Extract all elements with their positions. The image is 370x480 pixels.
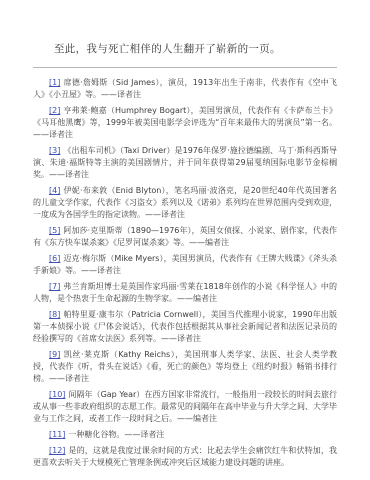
footnote-ref-link[interactable]: [6] — [49, 254, 60, 263]
footnote-ref-link[interactable]: [9] — [49, 350, 60, 359]
footnote-ref-link[interactable]: [10] — [49, 390, 65, 399]
footnote-ref-link[interactable]: [5] — [49, 226, 60, 235]
footnote-divider — [33, 67, 337, 68]
footnote-ref-link[interactable]: [11] — [49, 430, 65, 439]
closing-paragraph: 至此，我与死亡相伴的人生翻开了崭新的一页。 — [33, 42, 337, 58]
footnote: [4]伊妮·布来敦（Enid Blyton），笔名玛丽·波洛克，是20世纪40年… — [33, 185, 337, 221]
footnote: [11]一种糖化谷物。——译者注 — [33, 429, 337, 441]
footnote-ref-link[interactable]: [2] — [49, 106, 60, 115]
footnote-ref-link[interactable]: [1] — [49, 78, 60, 87]
footnote: [10]间隔年（Gap Year）在西方国家非常流行，一般指用一段较长的时间去旅… — [33, 389, 337, 425]
footnote: [12]是的，这就是我度过课余时间的方式：比起去学生会痛饮红牛和伏特加，我更喜欢… — [33, 445, 337, 469]
footnote-text: 弗兰肯斯坦博士是英国作家玛丽·雪莱在1818年创作的小说《科学怪人》中的人物，是… — [33, 282, 337, 303]
footnote-text: 间隔年（Gap Year）在西方国家非常流行，一般指用一段较长的时间去旅行或从事… — [33, 390, 337, 423]
footnote-text: 阿加莎·克里斯蒂（1890—1976年），英国女侦探、小说家、剧作家，代表作有《… — [33, 226, 337, 247]
footnote-ref-link[interactable]: [3] — [49, 146, 60, 155]
footnote: [5]阿加莎·克里斯蒂（1890—1976年），英国女侦探、小说家、剧作家，代表… — [33, 225, 337, 249]
footnote: [3]《出租车司机》（Taxi Driver）是1976年保罗·施拉德编剧、马丁… — [33, 145, 337, 181]
footnote: [6]迈克·梅尔斯（Mike Myers），美国男演员，代表作有《王牌大贱谍》《… — [33, 253, 337, 277]
footnote-ref-link[interactable]: [4] — [49, 186, 60, 195]
footnote-text: 伊妮·布来敦（Enid Blyton），笔名玛丽·波洛克，是20世纪40年代英国… — [33, 186, 337, 219]
footnote-text: 帕特里夏·康韦尔（Patricia Cornwell），美国当代推理小说家，19… — [33, 310, 337, 343]
footnote: [7]弗兰肯斯坦博士是英国作家玛丽·雪莱在1818年创作的小说《科学怪人》中的人… — [33, 281, 337, 305]
footnote-text: 亨弗莱·鲍嘉（Humphrey Bogart），美国男演员，代表作有《卡萨布兰卡… — [33, 106, 337, 139]
footnote-ref-link[interactable]: [7] — [49, 282, 60, 291]
footnote: [9]凯丝·莱克斯（Kathy Reichs），美国刑事人类学家、法医、社会人类… — [33, 349, 337, 385]
footnote-text: 一种糖化谷物。——译者注 — [68, 430, 164, 439]
document-page: 至此，我与死亡相伴的人生翻开了崭新的一页。 [1]席德·詹姆斯（Sid Jame… — [0, 0, 370, 480]
footnote: [1]席德·詹姆斯（Sid James），演员，1913年出生于南非，代表作有《… — [33, 77, 337, 101]
footnote-text: 席德·詹姆斯（Sid James），演员，1913年出生于南非，代表作有《空中飞… — [33, 78, 337, 99]
footnote-text: 凯丝·莱克斯（Kathy Reichs），美国刑事人类学家、法医、社会人类学教授… — [33, 350, 337, 383]
footnote-ref-link[interactable]: [12] — [49, 446, 65, 455]
footnote-text: 迈克·梅尔斯（Mike Myers），美国男演员，代表作有《王牌大贱谍》《斧头杀… — [33, 254, 337, 275]
footnote: [2]亨弗莱·鲍嘉（Humphrey Bogart），美国男演员，代表作有《卡萨… — [33, 105, 337, 141]
footnote-text: 是的，这就是我度过课余时间的方式：比起去学生会痛饮红牛和伏特加，我更喜欢去听关于… — [33, 446, 337, 467]
footnotes-section: [1]席德·詹姆斯（Sid James），演员，1913年出生于南非，代表作有《… — [33, 77, 337, 469]
footnote: [8]帕特里夏·康韦尔（Patricia Cornwell），美国当代推理小说家… — [33, 309, 337, 345]
footnote-text: 《出租车司机》（Taxi Driver）是1976年保罗·施拉德编剧、马丁·斯科… — [33, 146, 337, 179]
footnote-ref-link[interactable]: [8] — [49, 310, 60, 319]
